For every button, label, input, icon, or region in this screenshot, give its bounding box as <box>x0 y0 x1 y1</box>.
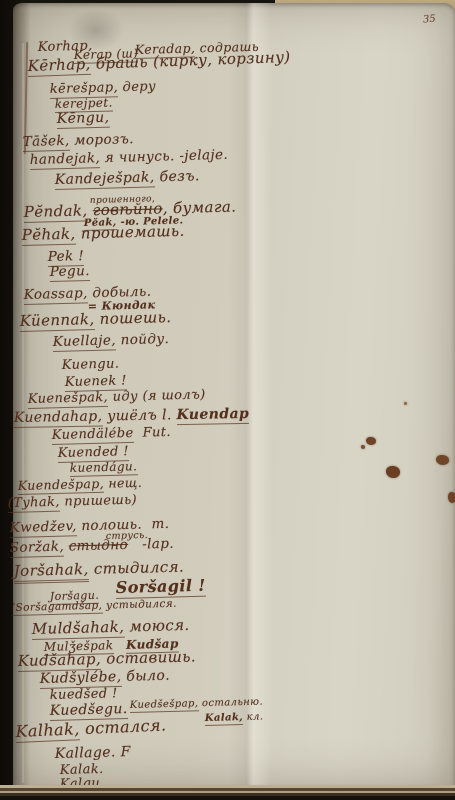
word-segment: стыдно <box>69 537 129 555</box>
manuscript-line: kērešpap, деру <box>50 79 157 97</box>
manuscript-line: Kuendälébe Fut. <box>52 425 172 443</box>
manuscript-line: Pĕhak, прошемашь. <box>22 222 185 244</box>
word-segment: -lap. <box>128 536 174 553</box>
word-segment: Joršahak, <box>14 560 89 584</box>
word-segment: Fut. <box>133 425 171 441</box>
word-segment: Ѕоršаgil ! <box>116 576 206 599</box>
word-segment: стыдился. <box>88 558 184 578</box>
manuscript-line: Kudšylébe, было. <box>40 668 171 687</box>
word-segment: Kēngu, <box>57 110 110 129</box>
word-segment: ʼЅоršаgamdšap, <box>12 600 103 616</box>
word-segment: Kuenešpak, <box>28 390 109 409</box>
word-segment: Ѕоržаk, <box>10 539 65 558</box>
manuscript-line: Kuengu. <box>62 356 120 373</box>
word-segment: Kuellaje, <box>53 332 117 352</box>
word-segment: Kuendešpap, <box>18 476 105 495</box>
manuscript-line: kuendágu. <box>70 459 138 475</box>
manuscript-line: Kalhak, остался. <box>15 715 167 741</box>
manuscript-line: Tāšek, морозъ. <box>23 131 134 150</box>
manuscript-line: kerejpet. <box>55 95 113 111</box>
word-segment: Kuendälébe <box>52 426 134 445</box>
word-segment: иду (я шолъ) <box>108 387 206 405</box>
word-segment: Pĕndak, <box>24 201 88 223</box>
word-segment: остальню. <box>198 697 263 710</box>
word-segment: остался. <box>79 715 167 738</box>
word-segment: (Tyhak, <box>8 495 60 513</box>
handwritten-text-layer: Korhap,Kerap (ш)Keradap, содрашьKērhap, … <box>0 0 455 800</box>
word-segment: Kuendap <box>176 406 249 425</box>
manuscript-line: Kuellaje, пойду. <box>53 331 170 350</box>
word-segment: handejak, <box>30 150 101 170</box>
manuscript-line: Kallage. F <box>55 744 131 762</box>
word-segment: устыдился. <box>102 598 177 612</box>
word-segment: Kandeješpak, <box>55 169 155 190</box>
manuscript-line: Kandeješpak, безъ. <box>55 168 200 188</box>
manuscript-photo: 35 Korhap,Kerap (ш)Keradap, содрашьKērha… <box>0 0 455 800</box>
word-segment: оставишь. <box>101 647 196 667</box>
word-segment: Kuendahap, <box>14 408 103 428</box>
word-segment: Kallage. F <box>55 744 131 762</box>
manuscript-line: Kuedšegu. <box>50 701 128 719</box>
manuscript-line: Ѕоržаk, стыдно -lap. <box>10 536 175 556</box>
manuscript-line: Kuendahap, ушёлъ l. Kuendap <box>14 406 250 426</box>
word-segment: Kērhap, <box>27 55 91 77</box>
manuscript-line: Kuenek ! <box>65 373 127 390</box>
word-segment: пойду. <box>116 331 170 348</box>
word-segment: я чинусь. -jelaje. <box>100 147 228 166</box>
word-segment: Pegu. <box>50 263 91 282</box>
word-segment: морозъ. <box>69 131 134 149</box>
manuscript-line: Kuended ! <box>58 444 130 461</box>
word-segment: Koassap, <box>24 285 88 305</box>
word-segment: прошемашь. <box>75 222 185 243</box>
page-edge-stack <box>0 785 455 800</box>
word-segment: ушёлъ l. <box>102 407 176 424</box>
word-segment: Kuengu. <box>62 356 120 373</box>
manuscript-line: Kuenešpak, иду (я шолъ) <box>28 387 206 407</box>
word-segment: , бумага. <box>162 197 236 217</box>
manuscript-line: Kēngu, <box>57 110 110 127</box>
manuscript-line: Kalak, кл. <box>205 711 264 724</box>
manuscript-line: Pegu. <box>50 263 91 280</box>
manuscript-line: ʼЅоršаgamdšap, устыдился. <box>12 598 177 614</box>
word-segment: Kalhak, <box>15 719 80 743</box>
word-segment: было. <box>121 668 170 685</box>
word-segment: моюся. <box>124 616 190 636</box>
manuscript-line: Küennak, пошешь. <box>20 308 172 330</box>
word-segment: нещ. <box>104 475 142 491</box>
word-segment: Kuedšešpap, <box>130 698 199 713</box>
word-segment: кл. <box>243 711 264 723</box>
word-segment: деру <box>118 79 156 95</box>
manuscript-line: Muldšahak, моюся. <box>32 616 190 638</box>
word-segment: Tāšek, <box>23 133 70 152</box>
manuscript-line: Ѕоršаgil ! <box>116 576 206 597</box>
word-segment: Pĕhak, <box>22 225 76 246</box>
manuscript-line: Kuedšešpap, остальню. <box>130 697 263 711</box>
word-segment: пошешь. <box>94 308 171 328</box>
manuscript-line: (Tyhak, пришешь) <box>8 493 138 511</box>
word-segment: безъ. <box>154 168 200 185</box>
word-segment: Kwedžev, <box>10 518 77 538</box>
word-segment: Muldšahak, <box>32 618 125 640</box>
word-segment: пришешь) <box>60 493 138 510</box>
word-segment: Kalak, <box>205 712 244 726</box>
word-segment: Küennak, <box>20 310 95 332</box>
word-segment: Kudšahap, <box>18 650 102 672</box>
manuscript-line: Kuendešpap, нещ. <box>18 475 143 493</box>
